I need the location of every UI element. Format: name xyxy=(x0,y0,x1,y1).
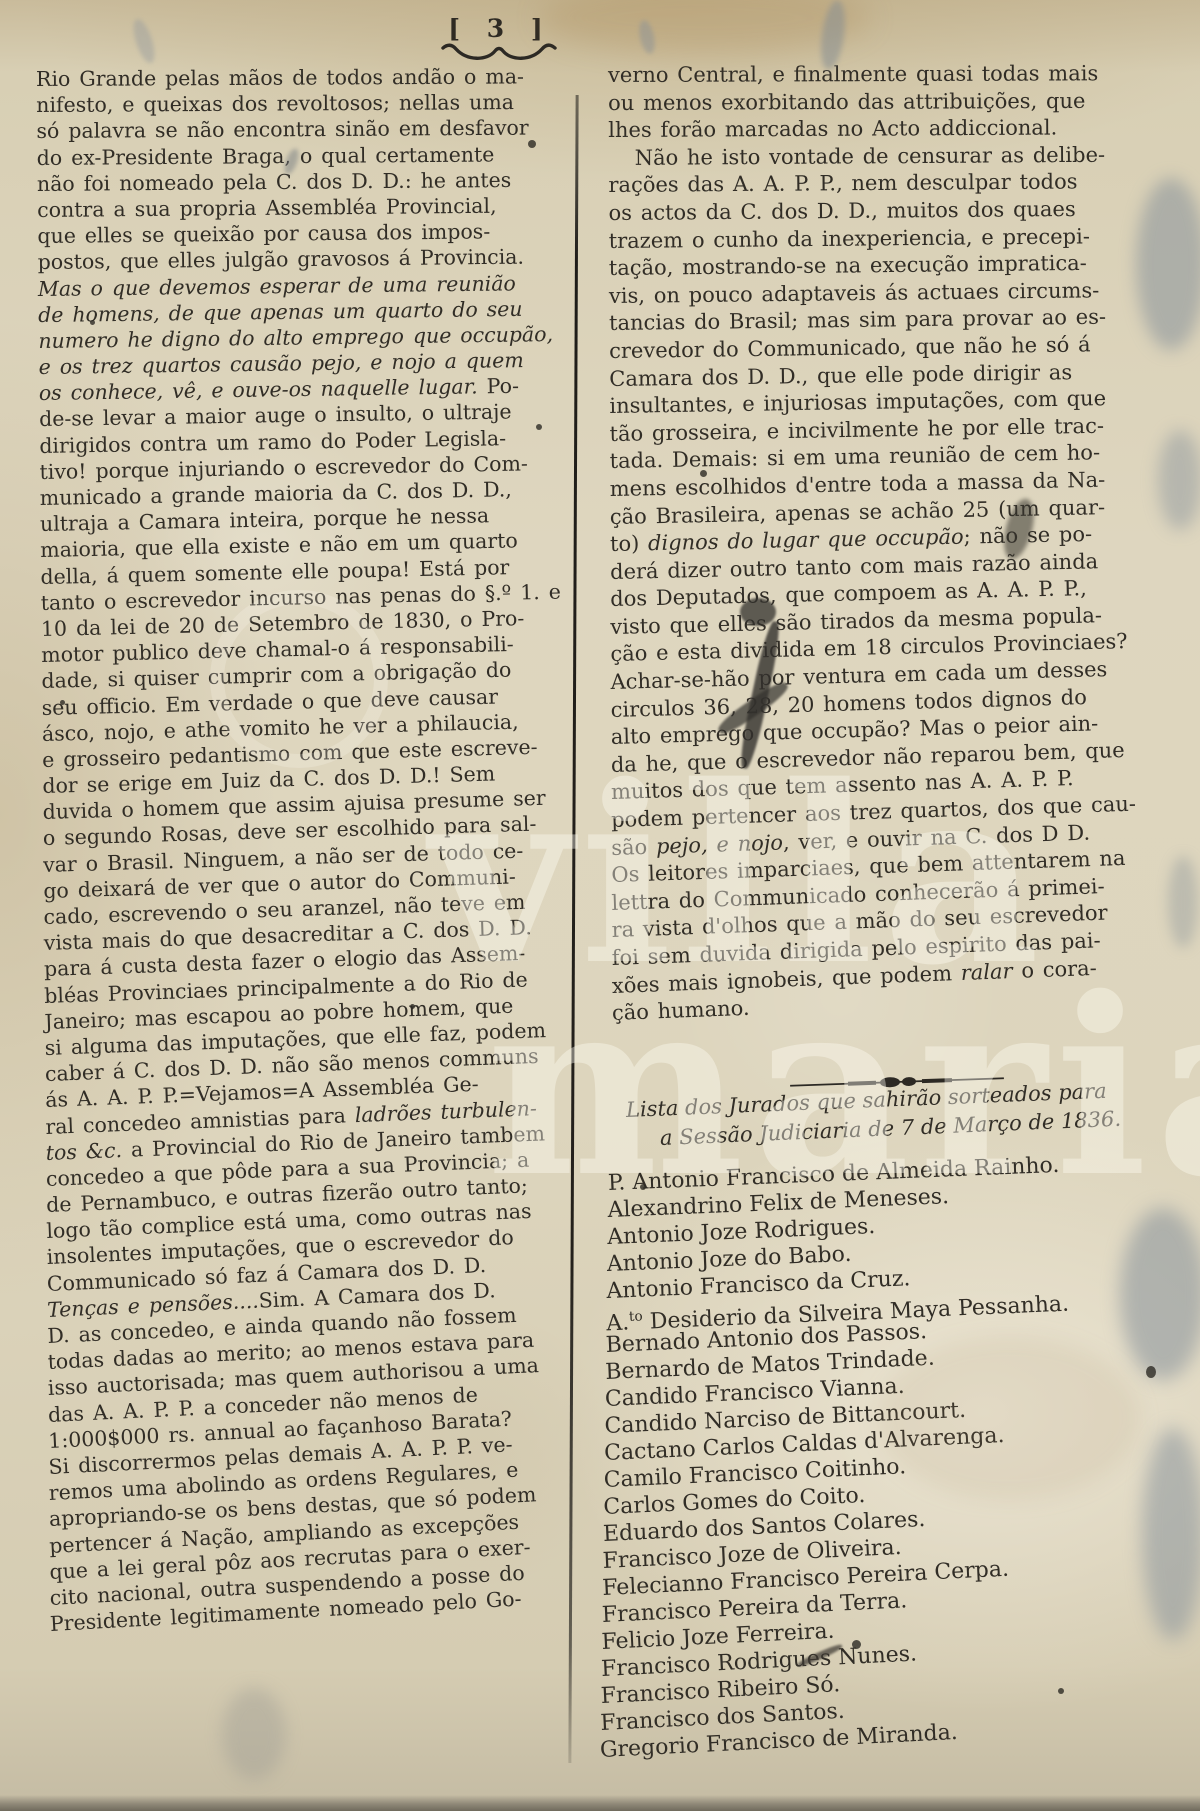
scan-edge-shadow xyxy=(0,1795,1200,1811)
text-line: só palavra se não encontra sinão em desf… xyxy=(36,115,560,145)
paper-stain xyxy=(222,1688,286,1780)
text-line: lhes forão marcadas no Acto addiccional. xyxy=(608,114,1186,145)
text-line: Rio Grande pelas mãos de todos andão o m… xyxy=(36,63,560,92)
right-prose-lines: verno Central, e finalmente quasi todas … xyxy=(608,62,1186,1028)
page-number-brace-ornament xyxy=(437,41,563,63)
paper-stain xyxy=(129,17,158,66)
jurors-list-lines: P. Antonio Francisco de Almeida Rainho.A… xyxy=(608,1170,1186,1764)
text-line: ou menos exorbitando das attribuições, q… xyxy=(608,87,1186,117)
paper-stain xyxy=(637,19,658,55)
left-column: Rio Grande pelas mãos de todos andão o m… xyxy=(36,66,560,1637)
jurors-heading-lines: Lista dos Jurados que sahirão sorteados … xyxy=(608,1096,1186,1152)
right-column: verno Central, e finalmente quasi todas … xyxy=(608,62,1186,1764)
page-header: [ 3 ] xyxy=(430,14,570,63)
paper-stain xyxy=(540,0,870,54)
page-number: [ 3 ] xyxy=(430,14,570,43)
scanned-newspaper-page: [ 3 ] Rio Grande pelas mãos de todos and… xyxy=(0,0,1200,1811)
text-line: verno Central, e finalmente quasi todas … xyxy=(608,60,1186,90)
